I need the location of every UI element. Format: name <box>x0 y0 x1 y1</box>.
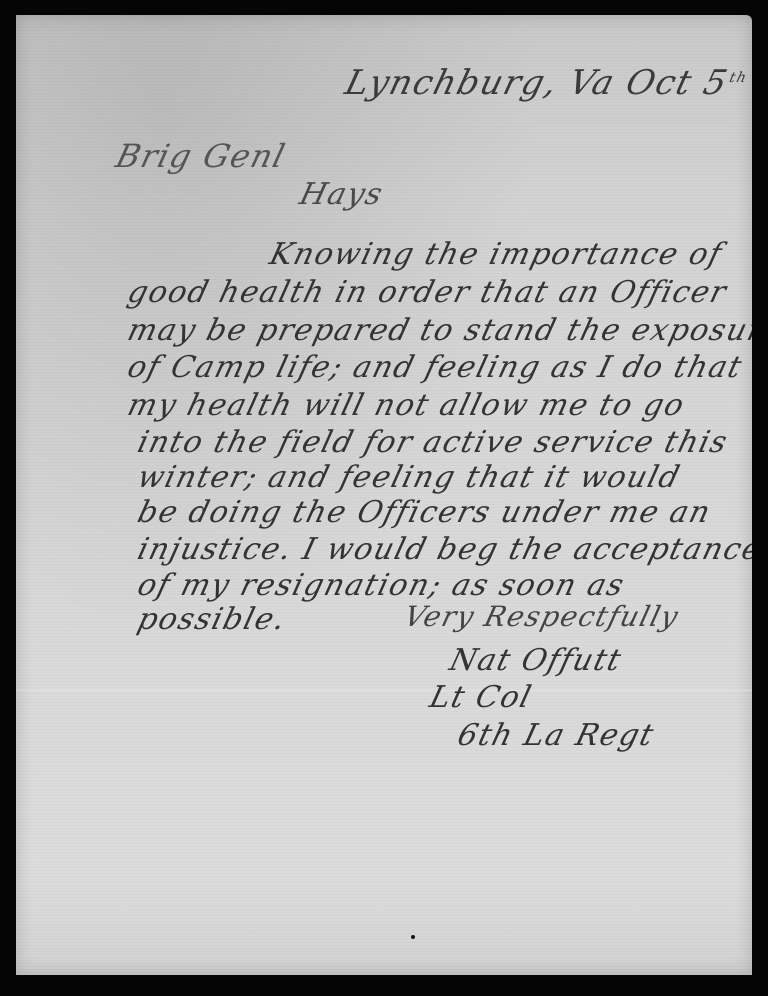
dateline-date: Oct 5 <box>622 63 733 103</box>
body-line: good health in order that an Officer <box>124 275 731 310</box>
body-line: be doing the Officers under me an <box>134 495 715 530</box>
paper-fold-line <box>16 690 752 691</box>
letter-closing: Very Respectfully <box>401 600 683 633</box>
dateline-place: Lynchburg, Va <box>341 63 620 103</box>
body-line: of Camp life; and feeling as I do that <box>124 350 746 385</box>
dateline-date-suffix: th <box>728 70 750 86</box>
body-line: winter; and feeling that it would <box>134 460 684 495</box>
ink-spot <box>411 935 415 939</box>
body-line: injustice. I would beg the acceptance <box>134 532 752 567</box>
dateline: Lynchburg, Va Oct 5th 1862 <box>341 63 752 103</box>
signature-name: Nat Offutt <box>446 643 626 678</box>
body-line: may be prepared to stand the exposure <box>124 313 752 348</box>
scanned-document-viewer: Lynchburg, Va Oct 5th 1862 Brig Genl Hay… <box>0 0 768 996</box>
body-line: of my resignation; as soon as <box>134 568 629 603</box>
body-line: Knowing the importance of <box>266 237 726 272</box>
body-line: into the field for active service this <box>134 425 732 460</box>
signature-unit: 6th La Regt <box>454 718 658 753</box>
body-line: possible. <box>134 602 290 637</box>
body-line: my health will not allow me to go <box>124 388 689 423</box>
salutation-rank: Brig Genl <box>112 137 290 175</box>
salutation-name: Hays <box>296 177 387 212</box>
letter-page: Lynchburg, Va Oct 5th 1862 Brig Genl Hay… <box>16 15 752 975</box>
signature-rank: Lt Col <box>426 680 536 715</box>
